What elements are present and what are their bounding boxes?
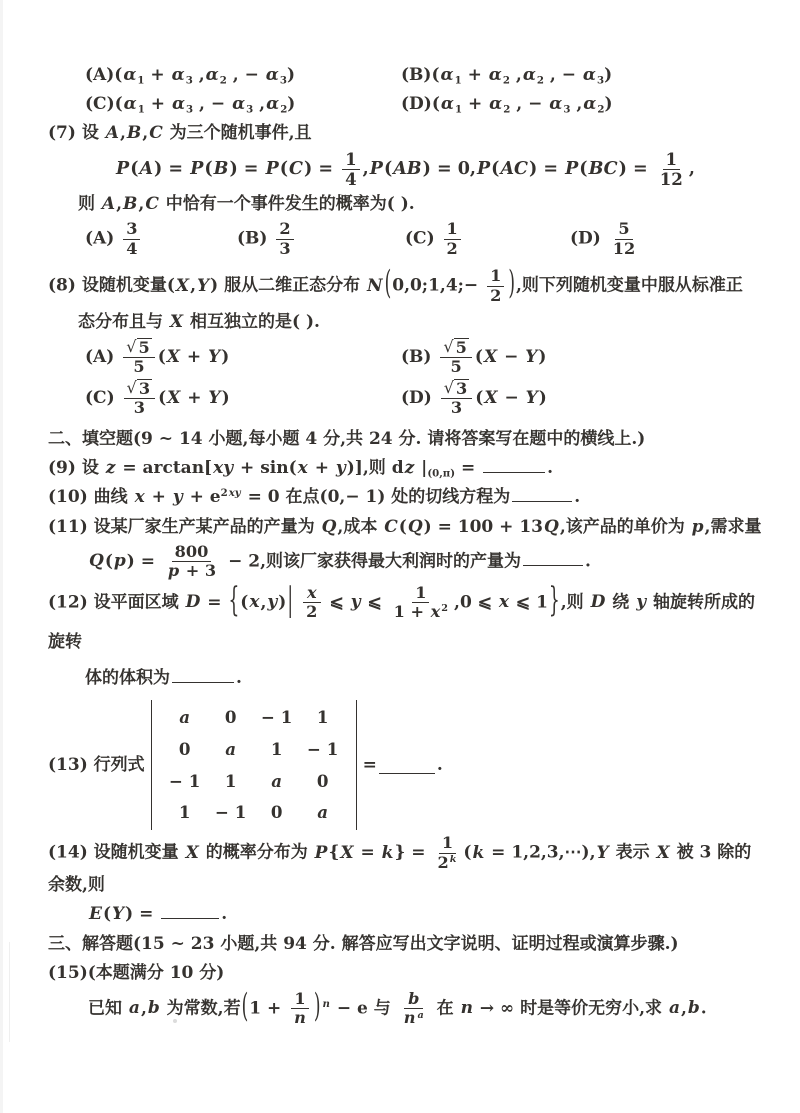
q15-body: 已知 a,b 为常数,若(1 + 1n)n − e 与 bna 在 n → ∞ … xyxy=(48,989,762,1029)
q15-heading: (15)(本题满分 10 分) xyxy=(48,960,762,987)
scan-artifact-edge xyxy=(9,942,10,1042)
section-3-heading: 三、解答题(15 ~ 23 小题,共 94 分. 解答应写出文字说明、证明过程或… xyxy=(48,931,762,958)
q7-option-b: (B) 23 xyxy=(237,220,405,258)
q11-stem-line-1: (11) 设某厂家生产某产品的产量为 Q,成本 C(Q) = 100 + 13Q… xyxy=(48,514,762,541)
q6-option-d: (D)(α1 + α2 , − α3 ,α2) xyxy=(401,91,613,118)
q8-option-b: (B) √55(X − Y) xyxy=(401,338,546,377)
q8-stem-line-2: 态分布且与 X 相互独立的是( ). xyxy=(48,309,762,336)
q8-stem-line-1: (8) 设随机变量(X,Y) 服从二维正态分布 N(0,0;1,4;− 12),… xyxy=(48,266,762,306)
exam-paper-page: (A)(α1 + α3 ,α2 , − α3) (B)(α1 + α2 ,α2 … xyxy=(0,0,800,1113)
q6-options-row-1: (A)(α1 + α3 ,α2 , − α3) (B)(α1 + α2 ,α2 … xyxy=(48,62,762,89)
q8-option-c: (C) √33(X + Y) xyxy=(85,379,401,418)
q14-stem-line-2: E(Y) = . xyxy=(48,901,762,928)
scan-artifact-dot xyxy=(173,1019,177,1023)
q8-options-row-2: (C) √33(X + Y) (D) √33(X − Y) xyxy=(48,379,762,418)
q6-options-row-2: (C)(α1 + α3 , − α3 ,α2) (D)(α1 + α2 , − … xyxy=(48,91,762,118)
q6-option-b: (B)(α1 + α2 ,α2 , − α3) xyxy=(401,62,612,89)
q11-stem-line-2: Q(p) = 800p + 3 − 2,则该厂家获得最大利润时的产量为. xyxy=(48,543,762,581)
q7-option-a: (A) 34 xyxy=(85,220,237,258)
q7-option-d: (D) 512 xyxy=(570,220,641,258)
q7-equation: P(A) = P(B) = P(C) = 14,P(AB) = 0,P(AC) … xyxy=(48,150,762,189)
section-2-heading: 二、填空题(9 ~ 14 小题,每小题 4 分,共 24 分. 请将答案写在题中… xyxy=(48,426,762,453)
q13-stem: (13) 行列式 a0− 110a1− 1− 11a01− 10a = . xyxy=(48,700,762,830)
q8-option-d: (D) √33(X − Y) xyxy=(401,379,547,418)
q7-stem: (7) 设 A,B,C 为三个随机事件,且 xyxy=(48,120,762,147)
q6-option-c: (C)(α1 + α3 , − α3 ,α2) xyxy=(85,91,401,118)
q7-question: 则 A,B,C 中恰有一个事件发生的概率为( ). xyxy=(48,191,762,218)
q9-stem: (9) 设 z = arctan[xy + sin(x + y)],则 dz |… xyxy=(48,455,762,482)
q12-stem-line-2: 体的体积为. xyxy=(48,665,762,692)
q8-options-row-1: (A) √55(X + Y) (B) √55(X − Y) xyxy=(48,338,762,377)
q14-stem-line-1: (14) 设随机变量 X 的概率分布为 P{X = k} = 12k(k = 1… xyxy=(48,834,762,899)
q7-option-c: (C) 12 xyxy=(405,220,570,258)
q10-stem: (10) 曲线 x + y + e2xy = 0 在点(0,− 1) 处的切线方… xyxy=(48,484,762,511)
q8-option-a: (A) √55(X + Y) xyxy=(85,338,401,377)
q6-option-a: (A)(α1 + α3 ,α2 , − α3) xyxy=(85,62,401,89)
q7-options-row: (A) 34 (B) 23 (C) 12 (D) 512 xyxy=(48,220,762,258)
q12-stem-line-1: (12) 设平面区域 D = {(x,y)| x2 ⩽ y ⩽ 11 + x2,… xyxy=(48,583,762,663)
